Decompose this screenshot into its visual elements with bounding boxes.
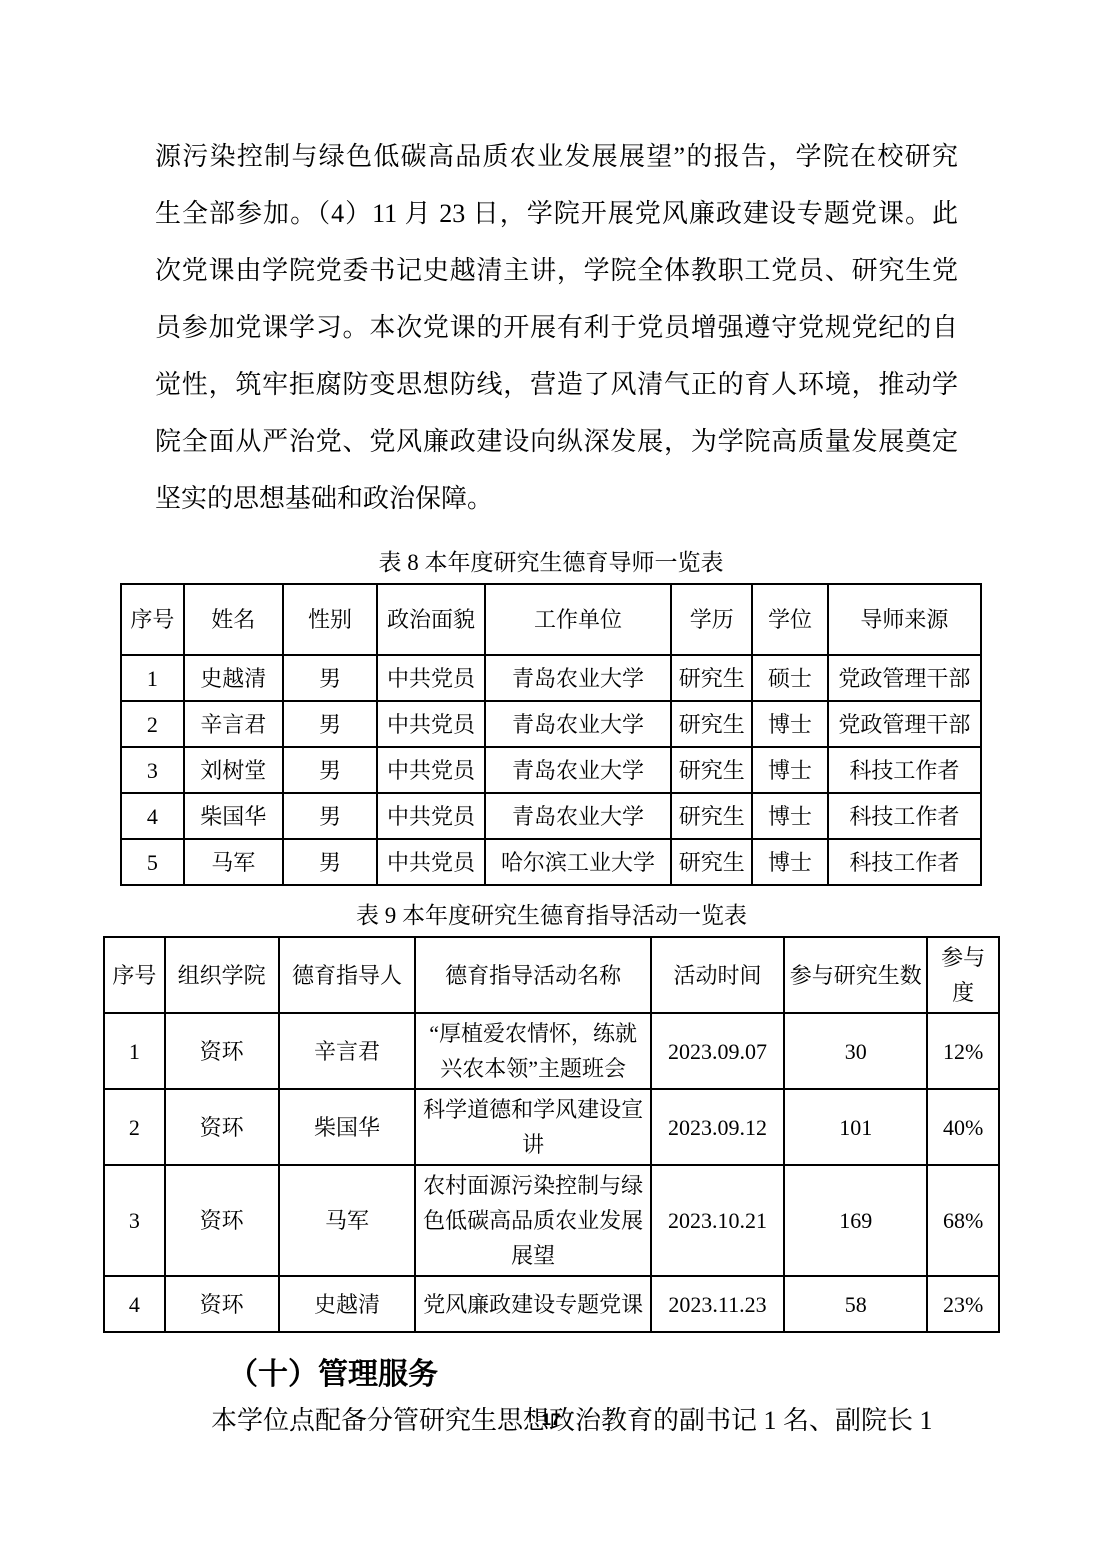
- table-cell: 2: [121, 701, 184, 747]
- column-header: 姓名: [184, 584, 283, 655]
- table-cell: 研究生: [671, 655, 752, 701]
- table-cell: 资环: [165, 1013, 279, 1089]
- table-row: 4资环史越清党风廉政建设专题党课2023.11.235823%: [104, 1276, 999, 1332]
- table-cell: 史越清: [279, 1276, 416, 1332]
- table-row: 1资环辛言君“厚植爱农情怀，练就兴农本领”主题班会2023.09.073012%: [104, 1013, 999, 1089]
- table-cell: 党风廉政建设专题党课: [415, 1276, 650, 1332]
- table-cell: 研究生: [671, 839, 752, 885]
- table-cell: 辛言君: [279, 1013, 416, 1089]
- table-cell: 1: [121, 655, 184, 701]
- paragraph-line: 院全面从严治党、党风廉政建设向纵深发展，为学院高质量发展奠定: [155, 413, 958, 470]
- paragraph-line: 源污染控制与绿色低碳高品质农业发展展望”的报告，学院在校研究: [155, 128, 958, 185]
- table-cell: 科学道德和学风建设宣讲: [415, 1089, 650, 1165]
- table-cell: 中共党员: [377, 747, 485, 793]
- column-header: 参与度: [927, 937, 999, 1013]
- paragraph-line: 坚实的思想基础和政治保障。: [155, 470, 958, 527]
- table-cell: 2023.11.23: [651, 1276, 784, 1332]
- table-row: 3刘树堂男中共党员青岛农业大学研究生博士科技工作者: [121, 747, 981, 793]
- table-cell: 资环: [165, 1276, 279, 1332]
- table-cell: 青岛农业大学: [485, 655, 672, 701]
- column-header: 政治面貌: [377, 584, 485, 655]
- table-cell: 3: [104, 1165, 165, 1276]
- section-heading: （十）管理服务: [228, 1353, 1102, 1397]
- table-cell: 柴国华: [279, 1089, 416, 1165]
- table-cell: 58: [784, 1276, 927, 1332]
- table-cell: 12%: [927, 1013, 999, 1089]
- table-cell: 马军: [279, 1165, 416, 1276]
- table-cell: 2: [104, 1089, 165, 1165]
- table-cell: 博士: [752, 701, 828, 747]
- table-cell: 资环: [165, 1165, 279, 1276]
- table-cell: 博士: [752, 793, 828, 839]
- table-cell: 40%: [927, 1089, 999, 1165]
- tutor-roster-table: 序号姓名性别政治面貌工作单位学历学位导师来源 1史越清男中共党员青岛农业大学研究…: [120, 583, 982, 886]
- table-cell: 1: [104, 1013, 165, 1089]
- table-row: 4柴国华男中共党员青岛农业大学研究生博士科技工作者: [121, 793, 981, 839]
- table-cell: 3: [121, 747, 184, 793]
- table-cell: 党政管理干部: [828, 701, 981, 747]
- table-cell: 研究生: [671, 747, 752, 793]
- column-header: 组织学院: [165, 937, 279, 1013]
- table-cell: 博士: [752, 839, 828, 885]
- table-cell: 5: [121, 839, 184, 885]
- table-row: 3资环马军农村面源污染控制与绿色低碳高品质农业发展展望2023.10.21169…: [104, 1165, 999, 1276]
- table-cell: 刘树堂: [184, 747, 283, 793]
- table-cell: 中共党员: [377, 793, 485, 839]
- column-header: 工作单位: [485, 584, 672, 655]
- table-cell: 男: [283, 747, 378, 793]
- table9-title: 表 9 本年度研究生德育指导活动一览表: [103, 896, 1000, 936]
- table-cell: 柴国华: [184, 793, 283, 839]
- document-page: 源污染控制与绿色低碳高品质农业发展展望”的报告，学院在校研究 生全部参加。（4）…: [0, 0, 1102, 1559]
- column-header: 活动时间: [651, 937, 784, 1013]
- table-cell: 169: [784, 1165, 927, 1276]
- column-header: 导师来源: [828, 584, 981, 655]
- table-cell: 硕士: [752, 655, 828, 701]
- table-cell: 中共党员: [377, 839, 485, 885]
- table-cell: 研究生: [671, 701, 752, 747]
- table-cell: “厚植爱农情怀，练就兴农本领”主题班会: [415, 1013, 650, 1089]
- activity-roster-table: 序号组织学院德育指导人德育指导活动名称活动时间参与研究生数参与度 1资环辛言君“…: [103, 936, 1000, 1333]
- paragraph-line: 次党课由学院党委书记史越清主讲，学院全体教职工党员、研究生党: [155, 242, 958, 299]
- table-cell: 科技工作者: [828, 793, 981, 839]
- table-cell: 中共党员: [377, 655, 485, 701]
- table-cell: 中共党员: [377, 701, 485, 747]
- table-cell: 青岛农业大学: [485, 793, 672, 839]
- column-header: 序号: [121, 584, 184, 655]
- table-cell: 资环: [165, 1089, 279, 1165]
- table-cell: 男: [283, 701, 378, 747]
- table-cell: 辛言君: [184, 701, 283, 747]
- table-cell: 男: [283, 655, 378, 701]
- table-cell: 党政管理干部: [828, 655, 981, 701]
- table-cell: 101: [784, 1089, 927, 1165]
- table-cell: 科技工作者: [828, 747, 981, 793]
- page-number: 17: [0, 1410, 1102, 1430]
- table-row: 2资环柴国华科学道德和学风建设宣讲2023.09.1210140%: [104, 1089, 999, 1165]
- paragraph-line: 觉性，筑牢拒腐防变思想防线，营造了风清气正的育人环境，推动学: [155, 356, 958, 413]
- table-cell: 博士: [752, 747, 828, 793]
- table-cell: 4: [121, 793, 184, 839]
- column-header: 序号: [104, 937, 165, 1013]
- column-header: 德育指导人: [279, 937, 416, 1013]
- table-cell: 科技工作者: [828, 839, 981, 885]
- table-cell: 哈尔滨工业大学: [485, 839, 672, 885]
- table-row: 5马军男中共党员哈尔滨工业大学研究生博士科技工作者: [121, 839, 981, 885]
- table-cell: 农村面源污染控制与绿色低碳高品质农业发展展望: [415, 1165, 650, 1276]
- table-cell: 青岛农业大学: [485, 701, 672, 747]
- table-cell: 青岛农业大学: [485, 747, 672, 793]
- column-header: 参与研究生数: [784, 937, 927, 1013]
- table-cell: 男: [283, 793, 378, 839]
- intro-paragraph: 源污染控制与绿色低碳高品质农业发展展望”的报告，学院在校研究 生全部参加。（4）…: [155, 0, 958, 527]
- table-cell: 30: [784, 1013, 927, 1089]
- column-header: 德育指导活动名称: [415, 937, 650, 1013]
- column-header: 学位: [752, 584, 828, 655]
- column-header: 性别: [283, 584, 378, 655]
- table8-title: 表 8 本年度研究生德育导师一览表: [120, 543, 982, 583]
- table-cell: 史越清: [184, 655, 283, 701]
- table-cell: 男: [283, 839, 378, 885]
- table-cell: 23%: [927, 1276, 999, 1332]
- paragraph-line: 员参加党课学习。本次党课的开展有利于党员增强遵守党规党纪的自: [155, 299, 958, 356]
- table-cell: 2023.10.21: [651, 1165, 784, 1276]
- table-cell: 4: [104, 1276, 165, 1332]
- table-cell: 2023.09.07: [651, 1013, 784, 1089]
- table-cell: 68%: [927, 1165, 999, 1276]
- table-header-row: 序号姓名性别政治面貌工作单位学历学位导师来源: [121, 584, 981, 655]
- table-cell: 2023.09.12: [651, 1089, 784, 1165]
- table-cell: 研究生: [671, 793, 752, 839]
- table-header-row: 序号组织学院德育指导人德育指导活动名称活动时间参与研究生数参与度: [104, 937, 999, 1013]
- paragraph-line: 生全部参加。（4）11 月 23 日，学院开展党风廉政建设专题党课。此: [155, 185, 958, 242]
- table-row: 2辛言君男中共党员青岛农业大学研究生博士党政管理干部: [121, 701, 981, 747]
- table-row: 1史越清男中共党员青岛农业大学研究生硕士党政管理干部: [121, 655, 981, 701]
- table-cell: 马军: [184, 839, 283, 885]
- column-header: 学历: [671, 584, 752, 655]
